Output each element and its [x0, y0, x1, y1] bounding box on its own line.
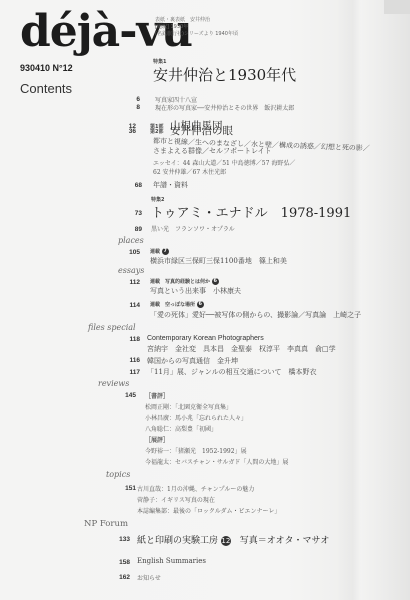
page-number: 89 [118, 226, 142, 233]
toc-entry[interactable]: 横浜市緑区三保町三保1100番地 篠上和美 [150, 256, 287, 266]
review-item[interactable]: 小林昌廣：馬小兆「忘れられた人々」 [145, 413, 247, 422]
serial-tag: 連載 7 [150, 248, 169, 255]
page-number: 36 [112, 128, 136, 135]
section-label-files-special: files special [88, 323, 136, 332]
serial-label: 連載 [150, 249, 160, 255]
toc-entry[interactable]: 写真という出来事 小林康夫 [150, 286, 241, 296]
credit-line: (名鉄旅行社)シリーズより 1940年頃 [155, 31, 238, 38]
serial-number-badge: 6 [212, 278, 219, 285]
feature2-title[interactable]: トゥアミ・エナドル 1978-1991 [151, 202, 351, 221]
toc-entry[interactable]: Contemporary Korean Photographers [147, 335, 264, 342]
page-corner-shadow [384, 0, 410, 14]
page-number: 73 [118, 210, 142, 217]
page-number: 105 [116, 249, 140, 256]
page-number: 162 [106, 574, 130, 581]
toc-entry[interactable]: 「愛の死体」愛好──被写体の側からの、撮影論／写真論 上崎之子 [150, 310, 361, 320]
review-item[interactable]: 松岡正剛：「北園克衛全写真集」 [145, 402, 232, 411]
page-number: 133 [106, 536, 130, 543]
page-number: 114 [116, 302, 140, 309]
cover-credits: 表紙・裏表紙 安井仲治 [題駅] 1930年 (名鉄旅行社)シリーズより 194… [155, 17, 238, 38]
np-forum-entry[interactable]: 紙と印刷の実験工房 12 写真＝オオタ・マサオ [137, 533, 329, 546]
page-number: 158 [106, 559, 130, 566]
page-number: 8 [116, 104, 140, 111]
section-label-places: places [118, 236, 144, 245]
page-number: 117 [116, 369, 140, 376]
credit-line: 表紙・裏表紙 安井仲治 [155, 17, 238, 24]
credit-line: [題駅] 1930年 [155, 24, 238, 31]
serial-label: 連載 空っぽな場所 [150, 302, 195, 308]
review-heading: ［書評］ [145, 391, 169, 400]
toc-entry[interactable]: 安井仲治の眼 [170, 123, 233, 138]
part-tag: 第2部 [150, 128, 163, 135]
toc-entry[interactable]: 黒い光 フランソワ・オプラル [151, 224, 235, 233]
serial-tag: 連載 空っぽな場所 6 [150, 301, 204, 308]
feature1-title: 安井仲治と1930年代 [153, 64, 296, 85]
serial-tag: 連載 写真的経験とは何か 6 [150, 278, 219, 285]
review-item[interactable]: 今福龍太：セバスチャン・サルガド「人間の大地」展 [145, 457, 288, 466]
page-number: 145 [112, 392, 136, 399]
page-number: 6 [116, 96, 140, 103]
review-heading: ［展評］ [145, 435, 169, 444]
page-number: 118 [116, 336, 140, 343]
section-label-np-forum: NP Forum [84, 519, 128, 529]
page-number: 151 [112, 485, 136, 492]
review-item[interactable]: 今野裕一：「猪瀬光 1952-1992」展 [145, 446, 247, 455]
page-number: 68 [118, 182, 142, 189]
topic-item[interactable]: 菅静子：イギリス写真の現在 [137, 495, 215, 504]
issue-number: 930410 N°12 [20, 63, 73, 73]
topic-item[interactable]: 本誌編集部：最後の「ロックルダム・ビエンナーレ」 [137, 506, 280, 515]
part2-description: さまよえる群像／セルフポートレイト [153, 146, 272, 156]
topic-item[interactable]: 古川直哉：1月の沖縄、チャンプルーの魅力 [137, 484, 254, 493]
section-label-reviews: reviews [98, 379, 129, 388]
toc-entry[interactable]: 「11月」展、ジャンルの相互交通について 橋本野衣 [147, 367, 316, 377]
page-number: 112 [116, 279, 140, 286]
review-item[interactable]: 八角聡仁：高梨豊「初國」 [145, 424, 217, 433]
toc-entry[interactable]: 韓国からの写真通信 金升坤 [147, 356, 238, 366]
toc-entry[interactable]: English Summaries [137, 557, 206, 565]
toc-entry[interactable]: 年譜・資料 [153, 180, 188, 190]
contents-heading: Contents [20, 81, 72, 96]
section-label-topics: topics [106, 470, 130, 479]
serial-number-badge: 6 [197, 301, 204, 308]
toc-entry[interactable]: お知らせ [137, 573, 161, 582]
section-label-essays: essays [118, 266, 144, 275]
essay-list: エッセイ：44 森山大道／51 中島徳博／57 海野弘／ [153, 158, 295, 167]
serial-label: 連載 写真的経験とは何か [150, 279, 210, 285]
essay-list: 62 安井仲雄／67 木住光郎 [153, 167, 226, 176]
np-forum-credit: 写真＝オオタ・マサオ [240, 536, 330, 546]
serial-number-badge: 7 [162, 248, 169, 255]
photographer-names: 宮納宇 金社変 具本昌 金聖泰 权淳平 李真真 俞□学 [147, 344, 336, 354]
serial-number-badge: 12 [221, 536, 231, 546]
page-number: 116 [116, 357, 140, 364]
np-forum-title: 紙と印刷の実験工房 [137, 536, 218, 546]
toc-entry[interactable]: 現在形の写真家──安井仲治とその世界 飯沢耕太郎 [155, 103, 294, 112]
